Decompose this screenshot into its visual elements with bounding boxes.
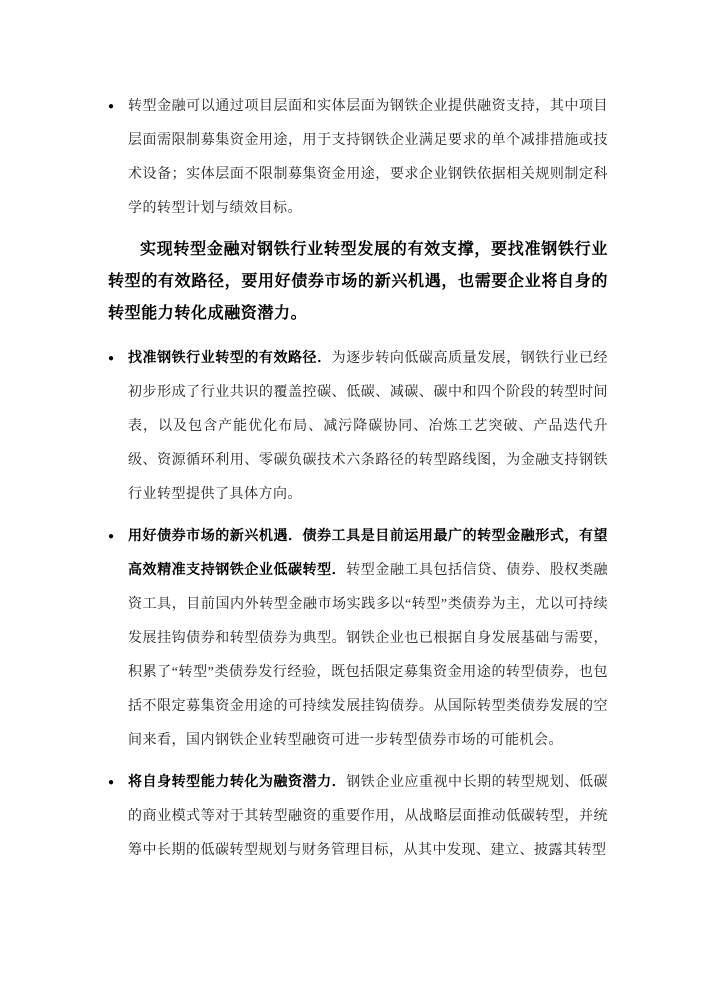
lead-paragraph: 实现转型金融对钢铁行业转型发展的有效支撑，要找准钢铁行业转型的有效路径，要用好债… (108, 234, 608, 330)
intro-bullet-text: 转型金融可以通过项目层面和实体层面为钢铁企业提供融资支持，其中项目层面需限制募集… (128, 99, 608, 216)
bullet-financing-potential-bold-lead: 将自身转型能力转化为融资潜力． (128, 775, 346, 790)
bullet-financing-potential-text: 将自身转型能力转化为融资潜力．钢铁企业应重视中长期的转型规划、低碳的商业模式等对… (128, 775, 608, 858)
intro-bullet-item: ● 转型金融可以通过项目层面和实体层面为钢铁企业提供融资支持，其中项目层面需限制… (108, 90, 608, 226)
page-content: ● 转型金融可以通过项目层面和实体层面为钢铁企业提供融资支持，其中项目层面需限制… (108, 90, 608, 868)
bullet-path-text: 找准钢铁行业转型的有效路径．为逐步转向低碳高质量发展，钢铁行业已经初步形成了行业… (128, 351, 608, 502)
bullet-item-financing-potential: ● 将自身转型能力转化为融资潜力．钢铁企业应重视中长期的转型规划、低碳的商业模式… (108, 766, 608, 868)
intro-bullet-body: 转型金融可以通过项目层面和实体层面为钢铁企业提供融资支持，其中项目层面需限制募集… (128, 99, 608, 216)
bullet-icon: ● (108, 520, 122, 554)
bullet-item-path: ● 找准钢铁行业转型的有效路径．为逐步转向低碳高质量发展，钢铁行业已经初步形成了… (108, 342, 608, 512)
bullet-bond-market-body: 转型金融工具包括信贷、债券、股权类融资工具，目前国内外转型金融市场实践多以“转型… (128, 563, 608, 748)
bullet-path-bold-lead: 找准钢铁行业转型的有效路径． (128, 351, 332, 366)
bullet-icon: ● (108, 766, 122, 800)
bullet-icon: ● (108, 342, 122, 376)
bullet-icon: ● (108, 90, 122, 124)
bullet-path-body: 为逐步转向低碳高质量发展，钢铁行业已经初步形成了行业共识的覆盖控碳、低碳、减碳、… (128, 351, 608, 502)
bullet-bond-market-text: 用好债券市场的新兴机遇．债券工具是目前运用最广的转型金融形式，有望高效精准支持钢… (128, 529, 608, 748)
bullet-item-bond-market: ● 用好债券市场的新兴机遇．债券工具是目前运用最广的转型金融形式，有望高效精准支… (108, 520, 608, 758)
document-page: ● 转型金融可以通过项目层面和实体层面为钢铁企业提供融资支持，其中项目层面需限制… (0, 0, 710, 1004)
